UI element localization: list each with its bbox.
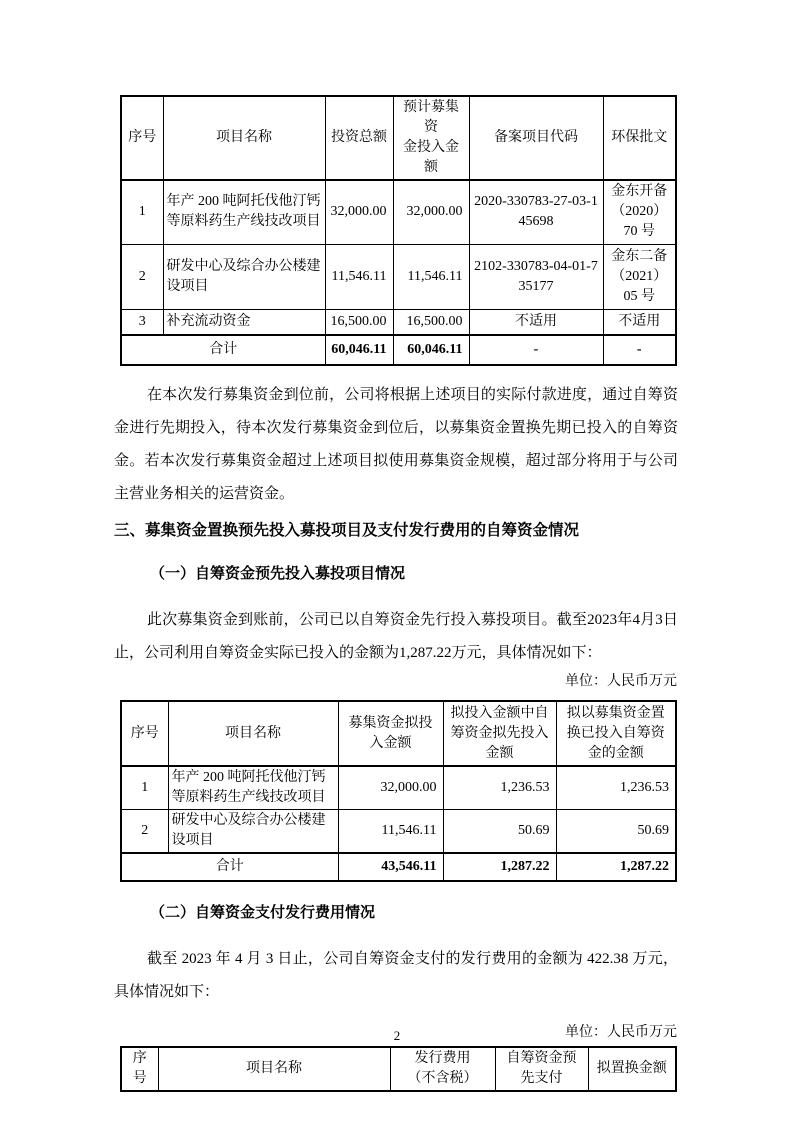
document-page: 序号 项目名称 投资总额 预计募集资 金投入金额 备案项目代码 环保批文 1 年… bbox=[0, 0, 794, 1123]
cell-project-name: 研发中心及综合办公楼建 设项目 bbox=[163, 244, 325, 309]
investment-projects-table: 序号 项目名称 投资总额 预计募集资 金投入金额 备案项目代码 环保批文 1 年… bbox=[120, 95, 677, 366]
cell-record-code: 2102-330783-04-01-735177 bbox=[469, 244, 603, 309]
cell-raised-funds: 11,546.11 bbox=[393, 244, 469, 309]
cell-raised-funds: 32,000.00 bbox=[393, 180, 469, 244]
subsection-heading-2: （二）自筹资金支付发行费用情况 bbox=[114, 901, 678, 925]
col-header-project-name: 项目名称 bbox=[158, 1047, 390, 1091]
col-header-no: 序号 bbox=[121, 701, 168, 766]
cell-self-invested: 50.69 bbox=[443, 810, 556, 854]
cell-replace-amount: 50.69 bbox=[556, 810, 676, 854]
cell-total-investment: 16,500.00 bbox=[325, 309, 393, 335]
cell-total-planned-raise: 43,546.11 bbox=[338, 853, 443, 881]
paragraph-funding-replacement: 在本次发行募集资金到位前，公司将根据上述项目的实际付款进度，通过自筹资金进行先期… bbox=[114, 379, 678, 511]
cell-record-code: 2020-330783-27-03-145698 bbox=[469, 180, 603, 244]
paragraph-issuance-fees: 截至 2023 年 4 月 3 日止，公司自筹资金支付的发行费用的金额为 422… bbox=[114, 943, 678, 1009]
col-header-replace-amount: 拟置换金额 bbox=[588, 1047, 676, 1091]
section-heading-3: 三、募集资金置换预先投入募投项目及支付发行费用的自筹资金情况 bbox=[114, 519, 678, 543]
unit-label-1: 单位：人民币万元 bbox=[114, 672, 678, 692]
table-row: 1 年产 200 吨阿托伐他汀钙 等原料药生产线技改项目 32,000.00 3… bbox=[121, 180, 676, 244]
table-header-row: 序 号 项目名称 发行费用 （不含税） 自筹资金预 先支付 拟置换金额 bbox=[121, 1047, 676, 1091]
cell-project-name: 补充流动资金 bbox=[163, 309, 325, 335]
table-row: 3 补充流动资金 16,500.00 16,500.00 不适用 不适用 bbox=[121, 309, 676, 335]
cell-no: 1 bbox=[121, 180, 163, 244]
paragraph-self-funded-investment: 此次募集资金到账前，公司已以自筹资金先行投入募投项目。截至2023年4月3日止，… bbox=[114, 604, 678, 670]
cell-no: 3 bbox=[121, 309, 163, 335]
table-total-row: 合计 43,546.11 1,287.22 1,287.22 bbox=[121, 853, 676, 881]
cell-project-name: 研发中心及综合办公楼建 设项目 bbox=[168, 810, 338, 854]
cell-env-approval: 金东开备 （2020） 70 号 bbox=[603, 180, 676, 244]
table-header-row: 序号 项目名称 投资总额 预计募集资 金投入金额 备案项目代码 环保批文 bbox=[121, 96, 676, 180]
col-header-project-name: 项目名称 bbox=[163, 96, 325, 180]
subsection-heading-1: （一）自筹资金预先投入募投项目情况 bbox=[114, 562, 678, 586]
cell-record-code: 不适用 bbox=[469, 309, 603, 335]
cell-planned-raise: 32,000.00 bbox=[338, 766, 443, 810]
cell-total-investment: 11,546.11 bbox=[325, 244, 393, 309]
cell-env-approval: 金东二备 （2021） 05 号 bbox=[603, 244, 676, 309]
cell-replace-amount: 1,236.53 bbox=[556, 766, 676, 810]
pre-investment-table: 序号 项目名称 募集资金拟投 入金额 拟投入金额中自 筹资金拟先投入 金额 拟以… bbox=[120, 700, 677, 882]
cell-total-self-invested: 1,287.22 bbox=[443, 853, 556, 881]
cell-total-investment: 32,000.00 bbox=[325, 180, 393, 244]
cell-no: 2 bbox=[121, 244, 163, 309]
cell-total-env: - bbox=[603, 335, 676, 365]
col-header-total-investment: 投资总额 bbox=[325, 96, 393, 180]
cell-raised-funds: 16,500.00 bbox=[393, 309, 469, 335]
cell-self-invested: 1,236.53 bbox=[443, 766, 556, 810]
cell-no: 1 bbox=[121, 766, 168, 810]
cell-total-label: 合计 bbox=[121, 853, 338, 881]
col-header-planned-raise: 募集资金拟投 入金额 bbox=[338, 701, 443, 766]
cell-env-approval: 不适用 bbox=[603, 309, 676, 335]
cell-project-name: 年产 200 吨阿托伐他汀钙 等原料药生产线技改项目 bbox=[168, 766, 338, 810]
col-header-no: 序号 bbox=[121, 96, 163, 180]
col-header-raised-funds: 预计募集资 金投入金额 bbox=[393, 96, 469, 180]
cell-total-code: - bbox=[469, 335, 603, 365]
col-header-record-code: 备案项目代码 bbox=[469, 96, 603, 180]
cell-total-replace-amount: 1,287.22 bbox=[556, 853, 676, 881]
col-header-self-invested: 拟投入金额中自 筹资金拟先投入 金额 bbox=[443, 701, 556, 766]
issuance-fees-table: 序 号 项目名称 发行费用 （不含税） 自筹资金预 先支付 拟置换金额 bbox=[120, 1046, 677, 1092]
table-row: 2 研发中心及综合办公楼建 设项目 11,546.11 11,546.11 21… bbox=[121, 244, 676, 309]
col-header-project-name: 项目名称 bbox=[168, 701, 338, 766]
cell-total-investment: 60,046.11 bbox=[325, 335, 393, 365]
cell-project-name: 年产 200 吨阿托伐他汀钙 等原料药生产线技改项目 bbox=[163, 180, 325, 244]
col-header-self-paid: 自筹资金预 先支付 bbox=[495, 1047, 588, 1091]
col-header-replace-amount: 拟以募集资金置 换已投入自筹资 金的金额 bbox=[556, 701, 676, 766]
cell-total-label: 合计 bbox=[121, 335, 325, 365]
col-header-env-approval: 环保批文 bbox=[603, 96, 676, 180]
cell-no: 2 bbox=[121, 810, 168, 854]
page-number: 2 bbox=[0, 1028, 794, 1044]
col-header-no: 序 号 bbox=[121, 1047, 158, 1091]
col-header-issuance-fee: 发行费用 （不含税） bbox=[390, 1047, 495, 1091]
table-header-row: 序号 项目名称 募集资金拟投 入金额 拟投入金额中自 筹资金拟先投入 金额 拟以… bbox=[121, 701, 676, 766]
cell-total-raised: 60,046.11 bbox=[393, 335, 469, 365]
table-total-row: 合计 60,046.11 60,046.11 - - bbox=[121, 335, 676, 365]
table-row: 2 研发中心及综合办公楼建 设项目 11,546.11 50.69 50.69 bbox=[121, 810, 676, 854]
cell-planned-raise: 11,546.11 bbox=[338, 810, 443, 854]
table-row: 1 年产 200 吨阿托伐他汀钙 等原料药生产线技改项目 32,000.00 1… bbox=[121, 766, 676, 810]
